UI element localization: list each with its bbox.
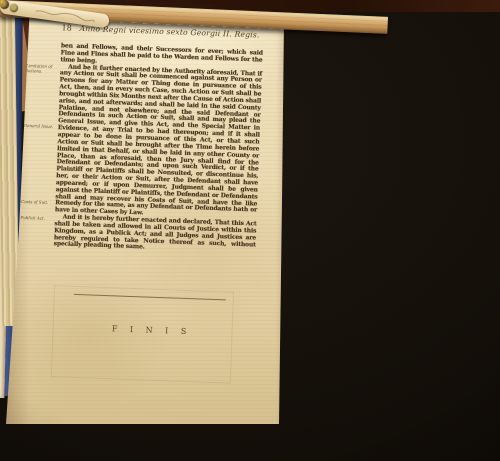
body-text: ben and Fellows, and their Successors fo… <box>54 43 263 256</box>
page-number: 18 <box>61 23 72 32</box>
book-page: 18 Anno Regni vicesimo sexto Georgii II.… <box>0 0 292 428</box>
margin-note-limitation: Limitation of Actions. <box>26 64 58 74</box>
screw-head-icon <box>9 4 18 13</box>
photo-scene: 18 Anno Regni vicesimo sexto Georgii II.… <box>0 0 500 461</box>
paragraph-publick-act: And it is hereby further enacted and dec… <box>54 214 257 256</box>
margin-note-general-issue: General Issue. <box>24 124 56 130</box>
brass-pin-icon <box>0 0 4 6</box>
margin-note-publick-act: Publick Act. <box>21 216 53 222</box>
paragraph-enacting: And be it further enacted by the Authori… <box>55 64 262 222</box>
margin-note-costs: Costs of Suit. <box>21 200 53 206</box>
